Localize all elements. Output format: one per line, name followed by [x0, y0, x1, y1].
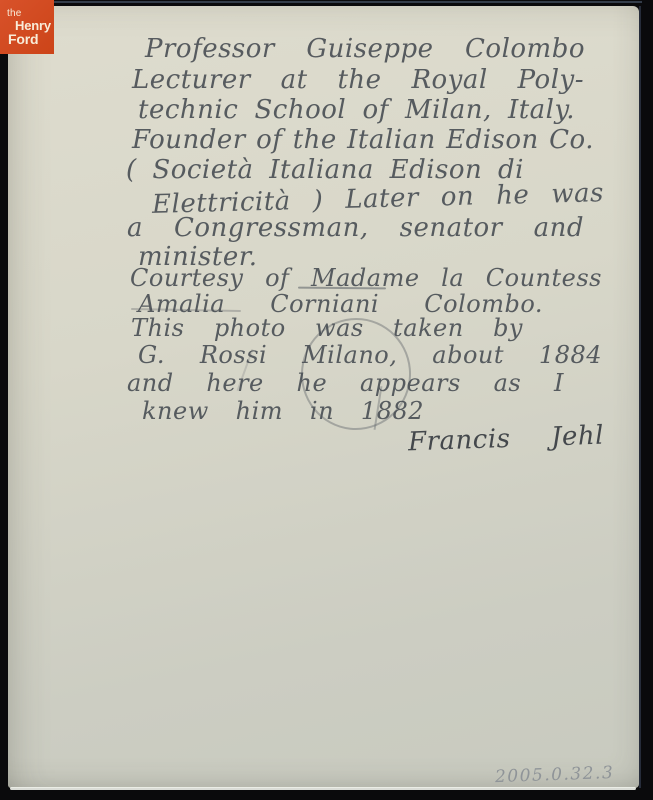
henry-ford-logo: the Henry Ford [0, 0, 54, 54]
logo-text-ford: Ford [8, 31, 38, 47]
scan-edge-highlight-top [50, 1, 642, 3]
handwritten-line-7: a Congressman, senator and [127, 213, 584, 243]
handwritten-line-2: Lecturer at the Royal Poly- [132, 65, 584, 95]
handwritten-line-1: Professor Guiseppe Colombo [145, 34, 585, 64]
scan-edge-highlight-right [639, 6, 641, 788]
scanned-photo-back: the Henry Ford Professor Guiseppe Colomb… [0, 0, 653, 800]
handwritten-line-3: technic School of Milan, Italy. [138, 95, 575, 125]
paper-bottom-edge [10, 787, 636, 790]
handwritten-line-11: This photo was taken by [131, 313, 523, 343]
catalog-number: 2005.0.32.3 [495, 763, 615, 787]
handwritten-line-14: knew him in 1882 [142, 396, 424, 426]
handwritten-line-5: ( Società Italiana Edison di [126, 155, 524, 185]
handwritten-line-13: and here he appears as I [127, 368, 564, 398]
handwritten-line-12: G. Rossi Milano, about 1884 [138, 340, 602, 370]
handwritten-line-4: Founder of the Italian Edison Co. [132, 125, 594, 155]
